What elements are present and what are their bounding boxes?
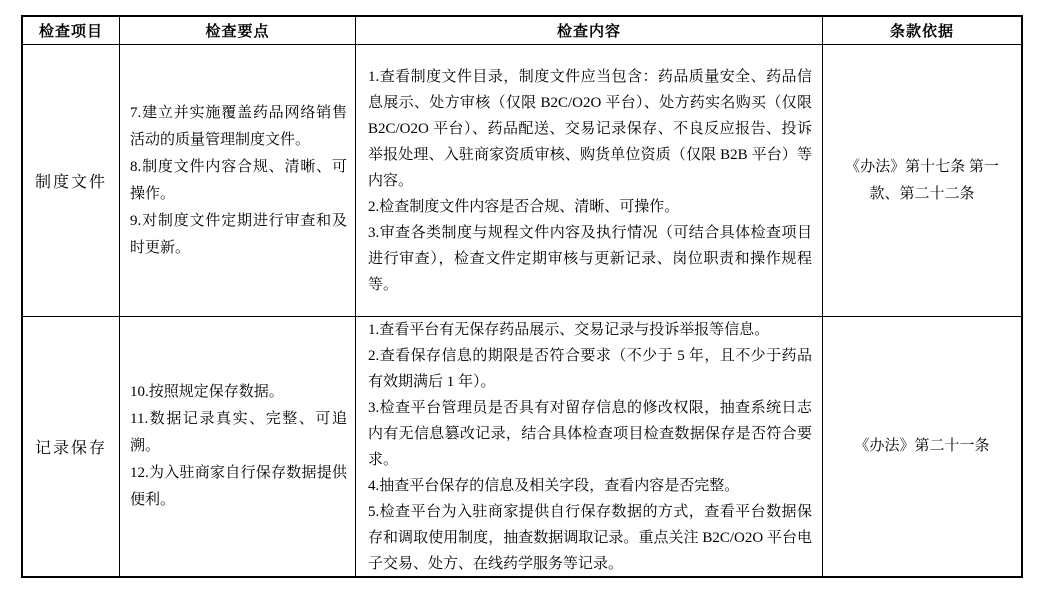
row1-content-item: 1.查看制度文件目录，制度文件应当包含：药品质量安全、药品信息展示、处方审核（仅… <box>368 64 812 194</box>
row2-content-item: 4.抽查平台保存的信息及相关字段，查看内容是否完整。 <box>368 473 812 499</box>
row2-content: 1.查看平台有无保存药品展示、交易记录与投诉举报等信息。 2.查看保存信息的期限… <box>356 317 823 576</box>
row2-content-item: 2.查看保存信息的期限是否符合要求（不少于 5 年，且不少于药品有效期满后 1 … <box>368 343 812 395</box>
header-inspection-points: 检查要点 <box>120 17 356 45</box>
row1-points: 7.建立并实施覆盖药品网络销售活动的质量管理制度文件。 8.制度文件内容合规、清… <box>120 45 356 317</box>
row2-points: 10.按照规定保存数据。 11.数据记录真实、完整、可追溯。 12.为入驻商家自… <box>120 317 356 576</box>
inspection-table: 检查项目 检查要点 检查内容 条款依据 制度文件 7.建立并实施覆盖药品网络销售… <box>21 15 1023 578</box>
row2-item: 记录保存 <box>23 317 120 576</box>
row1-content-item: 2.检查制度文件内容是否合规、清晰、可操作。 <box>368 194 812 220</box>
row1-point: 8.制度文件内容合规、清晰、可操作。 <box>130 154 347 208</box>
header-inspection-item: 检查项目 <box>23 17 120 45</box>
row2-content-item: 1.查看平台有无保存药品展示、交易记录与投诉举报等信息。 <box>368 317 812 343</box>
row2-point: 10.按照规定保存数据。 <box>130 379 347 406</box>
row1-content: 1.查看制度文件目录，制度文件应当包含：药品质量安全、药品信息展示、处方审核（仅… <box>356 45 823 317</box>
row2-point: 12.为入驻商家自行保存数据提供便利。 <box>130 460 347 514</box>
row1-point: 9.对制度文件定期进行审查和及时更新。 <box>130 208 347 262</box>
row1-basis: 《办法》第十七条 第一款、第二十二条 <box>823 45 1021 317</box>
document-page: 检查项目 检查要点 检查内容 条款依据 制度文件 7.建立并实施覆盖药品网络销售… <box>0 0 1044 594</box>
header-clause-basis: 条款依据 <box>823 17 1021 45</box>
row1-item: 制度文件 <box>23 45 120 317</box>
row2-content-item: 5.检查平台为入驻商家提供自行保存数据的方式，查看平台数据保存和调取使用制度，抽… <box>368 499 812 577</box>
row1-point: 7.建立并实施覆盖药品网络销售活动的质量管理制度文件。 <box>130 100 347 154</box>
row2-content-item: 3.检查平台管理员是否具有对留存信息的修改权限，抽查系统日志内有无信息篡改记录，… <box>368 395 812 473</box>
row1-content-item: 3.审查各类制度与规程文件内容及执行情况（可结合具体检查项目进行审查），检查文件… <box>368 220 812 298</box>
row2-point: 11.数据记录真实、完整、可追溯。 <box>130 406 347 460</box>
row2-basis: 《办法》第二十一条 <box>823 317 1021 576</box>
header-inspection-content: 检查内容 <box>356 17 823 45</box>
